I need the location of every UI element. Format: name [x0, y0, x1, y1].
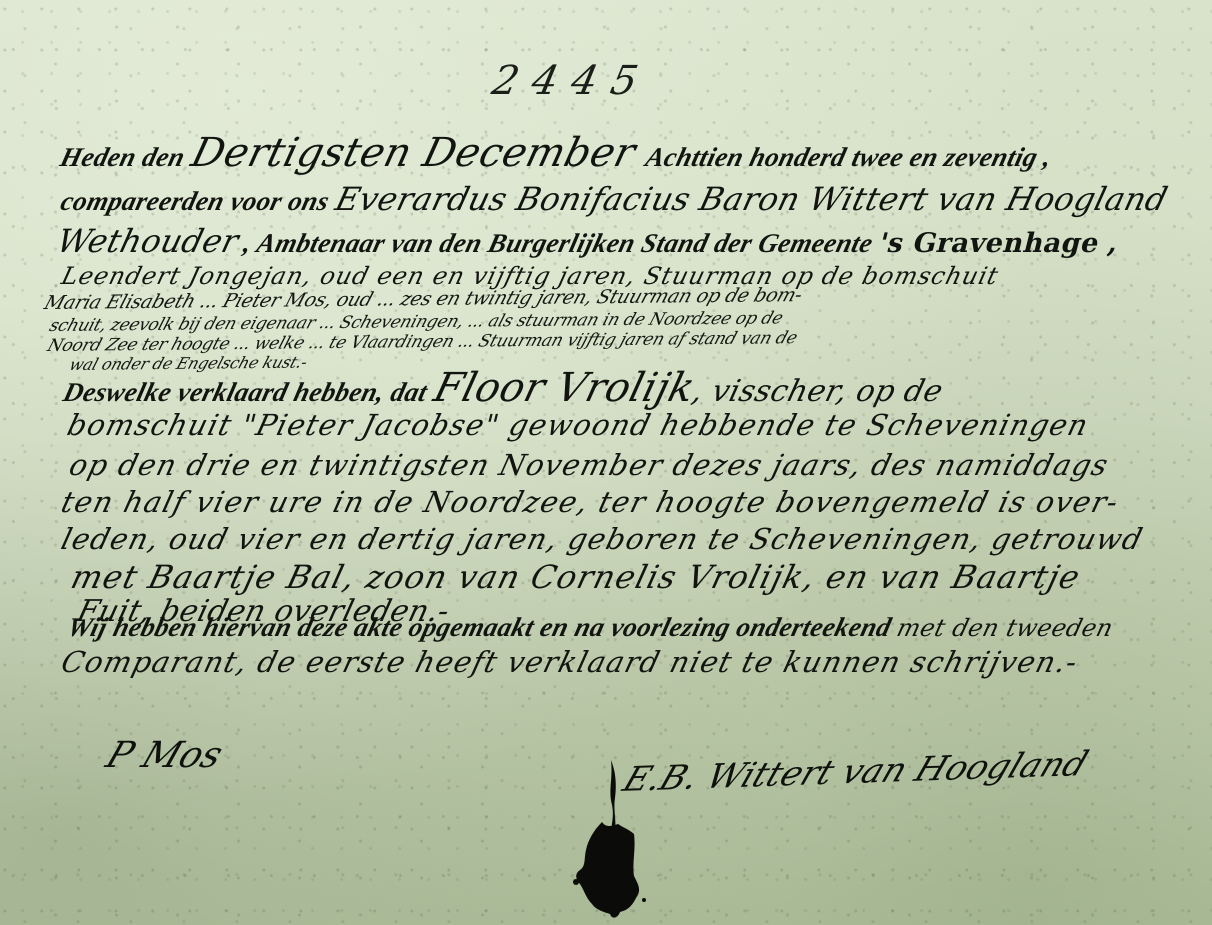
handwritten-text: met Baartje Bal, zoon van Cornelis Vroli…	[67, 558, 1084, 596]
handwritten-day: Dertigsten	[187, 130, 417, 176]
handwritten-text: Comparant, de eerste heeft verklaard nie…	[58, 645, 1082, 679]
handwritten-occupation: , visscher, op de	[689, 374, 947, 409]
body-line-8: ten half vier ure in de Noordzee, ter ho…	[58, 485, 1123, 520]
body-line-6: bomschuit "Pieter Jacobse" gewoond hebbe…	[64, 408, 1093, 443]
handwritten-text: ten half vier ure in de Noordzee, ter ho…	[58, 485, 1123, 519]
body-line-12: Wij hebben hiervan deze akte opgemaakt e…	[64, 612, 1116, 643]
handwritten-text: bomschuit "Pieter Jacobse" gewoond hebbe…	[64, 408, 1093, 442]
municipality-name: 's Gravenhage ,	[875, 228, 1122, 259]
printed-text: compareerden voor ons	[58, 186, 340, 216]
printed-text: Heden den	[57, 142, 195, 172]
handwritten-month: December	[405, 130, 653, 176]
printed-closing: Wij hebben hiervan deze akte opgemaakt e…	[64, 612, 901, 642]
signature-official: E.B. Wittert van Hoogland	[618, 744, 1094, 800]
body-line-3: Wethouder , Ambtenaar van den Burgerlijk…	[53, 222, 1124, 260]
body-line-2: compareerden voor ons Everardus Bonifaci…	[57, 180, 1171, 218]
ink-blot	[572, 820, 654, 920]
handwritten-comparant-1: Leendert Jongejan, oud een en vijftig ja…	[59, 262, 1002, 290]
printed-year: Achttien honderd twee en zeventig ,	[643, 142, 1055, 172]
body-line-7: op den drie en twintigsten November deze…	[66, 448, 1113, 483]
handwritten-deceased-name: Floor Vrolijk	[429, 365, 699, 411]
body-line-9: leden, oud vier en dertig jaren, geboren…	[58, 522, 1147, 557]
death-certificate-page: 2445 Heden den Dertigsten December Achtt…	[0, 0, 1212, 925]
handwritten-text: op den drie en twintigsten November deze…	[66, 448, 1113, 482]
body-line-13: Comparant, de eerste heeft verklaard nie…	[58, 645, 1082, 680]
handwritten-text: met den tweeden	[894, 614, 1116, 642]
printed-text: , Ambtenaar van den Burgerlijken Stand d…	[234, 228, 883, 258]
body-line-5: Deswelke verklaard hebben, dat Floor Vro…	[59, 365, 949, 411]
act-number: 2445	[488, 58, 656, 104]
body-line-10: met Baartje Bal, zoon van Cornelis Vroli…	[67, 558, 1084, 596]
signature-comparant: P Mos	[101, 735, 229, 776]
handwritten-title: Wethouder	[53, 222, 242, 260]
printed-text: Deswelke verklaard hebben, dat	[60, 377, 437, 407]
handwritten-official-name: Everardus Bonifacius Baron Wittert van H…	[332, 180, 1172, 218]
handwritten-text: leden, oud vier en dertig jaren, geboren…	[58, 522, 1147, 556]
body-line-1: Heden den Dertigsten December Achttien h…	[56, 130, 1058, 176]
